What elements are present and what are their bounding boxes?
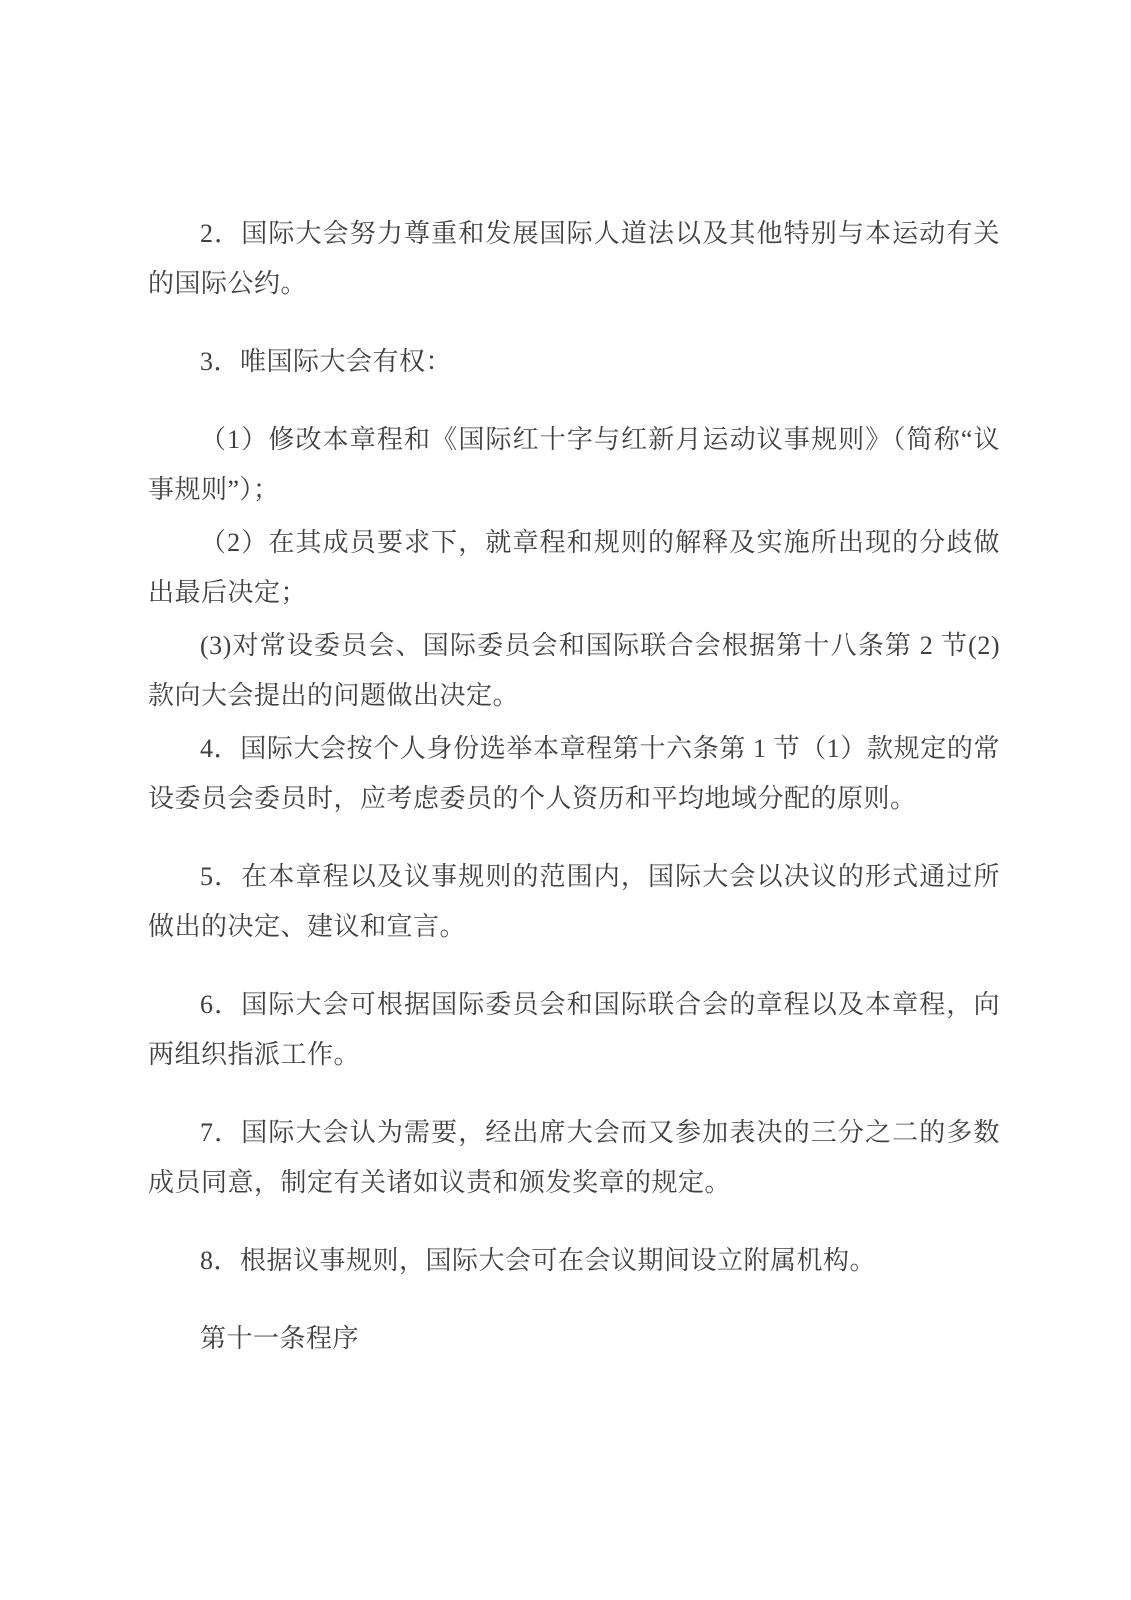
document-page: 2．国际大会努力尊重和发展国际人道法以及其他特别与本运动有关的国际公约。 3．唯… — [0, 0, 1131, 1600]
paragraph-clause-6: 6．国际大会可根据国际委员会和国际联合会的章程以及本章程，向两组织指派工作。 — [148, 980, 1000, 1080]
paragraph-clause-3-item-2: （2）在其成员要求下，就章程和规则的解释及实施所出现的分歧做出最后决定； — [148, 518, 1000, 618]
paragraph-clause-3-item-1: （1）修改本章程和《国际红十字与红新月运动议事规则》（简称“议事规则”）； — [148, 415, 1000, 515]
paragraph-clause-7: 7．国际大会认为需要，经出席大会而又参加表决的三分之二的多数成员同意，制定有关诸… — [148, 1108, 1000, 1208]
article-11-heading: 第十一条程序 — [148, 1314, 1000, 1364]
paragraph-clause-2: 2．国际大会努力尊重和发展国际人道法以及其他特别与本运动有关的国际公约。 — [148, 209, 1000, 309]
paragraph-clause-5: 5．在本章程以及议事规则的范围内，国际大会以决议的形式通过所做出的决定、建议和宣… — [148, 852, 1000, 952]
paragraph-clause-3: 3．唯国际大会有权： — [148, 337, 1000, 387]
paragraph-clause-3-item-3: (3)对常设委员会、国际委员会和国际联合会根据第十八条第 2 节(2)款向大会提… — [148, 621, 1000, 721]
paragraph-clause-4: 4．国际大会按个人身份选举本章程第十六条第 1 节（1）款规定的常设委员会委员时… — [148, 724, 1000, 824]
paragraph-clause-8: 8．根据议事规则，国际大会可在会议期间设立附属机构。 — [148, 1236, 1000, 1286]
